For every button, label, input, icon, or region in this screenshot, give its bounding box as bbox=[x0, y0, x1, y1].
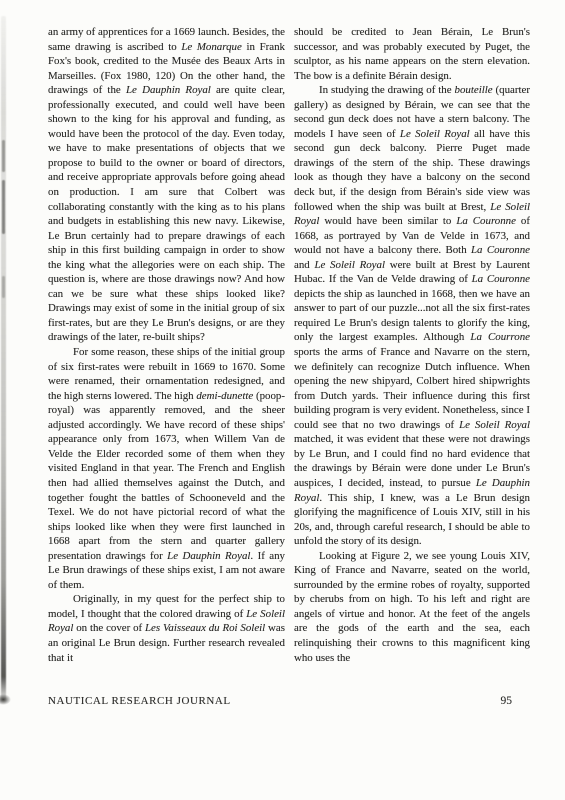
italic-text-run: La Couronne bbox=[456, 215, 516, 227]
scan-artifact bbox=[2, 140, 5, 172]
right-column: should be credited to Jean Bérain, Le Br… bbox=[294, 25, 530, 687]
journal-title: NAUTICAL RESEARCH JOURNAL bbox=[48, 695, 231, 707]
italic-text-run: bouteille bbox=[455, 84, 493, 96]
text-run: In studying the drawing of the bbox=[319, 84, 455, 96]
scan-artifact bbox=[2, 276, 5, 298]
text-run: (poop-royal) was apparently removed, and… bbox=[48, 390, 285, 562]
scanned-journal-page: an army of apprentices for a 1669 launch… bbox=[0, 0, 565, 800]
italic-text-run: Le Dauphin Royal bbox=[126, 84, 211, 96]
page-footer: NAUTICAL RESEARCH JOURNAL 95 bbox=[48, 695, 530, 711]
italic-text-run: Le Monarque bbox=[181, 41, 242, 53]
text-run: on the cover of bbox=[73, 622, 145, 634]
text-run: and bbox=[294, 259, 314, 271]
scan-artifact bbox=[2, 180, 5, 234]
text-run: . This ship, I knew, was a Le Brun desig… bbox=[294, 492, 530, 548]
text-columns: an army of apprentices for a 1669 launch… bbox=[48, 25, 530, 687]
paragraph: an army of apprentices for a 1669 launch… bbox=[48, 25, 285, 345]
italic-text-run: La Courrone bbox=[470, 331, 530, 343]
italic-text-run: Le Soleil Royal bbox=[459, 419, 530, 431]
paragraph: For some reason, these ships of the init… bbox=[48, 345, 285, 592]
text-run: are quite clear, professionally executed… bbox=[48, 84, 285, 343]
italic-text-run: Le Soleil Royal bbox=[400, 128, 470, 140]
left-column: an army of apprentices for a 1669 launch… bbox=[48, 25, 285, 687]
italic-text-run: Le Dauphin Royal bbox=[167, 550, 250, 562]
text-run: Looking at Figure 2, we see young Louis … bbox=[294, 550, 530, 664]
text-run: would have been similar to bbox=[319, 215, 456, 227]
scan-artifact bbox=[0, 694, 11, 705]
italic-text-run: Les Vaisseaux du Roi Soleil bbox=[145, 622, 265, 634]
paragraph: In studying the drawing of the bouteille… bbox=[294, 83, 530, 549]
italic-text-run: La Couronne bbox=[472, 273, 530, 285]
paragraph: Originally, in my quest for the perfect … bbox=[48, 592, 285, 665]
italic-text-run: Le Soleil Royal bbox=[314, 259, 385, 271]
scan-edge-shadow bbox=[1, 16, 6, 704]
paragraph: should be credited to Jean Bérain, Le Br… bbox=[294, 25, 530, 83]
italic-text-run: La Couronne bbox=[471, 244, 530, 256]
italic-text-run: demi-dunette bbox=[196, 390, 253, 402]
page-number: 95 bbox=[478, 695, 512, 707]
text-run: should be credited to Jean Bérain, Le Br… bbox=[294, 26, 530, 82]
paragraph: Looking at Figure 2, we see young Louis … bbox=[294, 549, 530, 665]
